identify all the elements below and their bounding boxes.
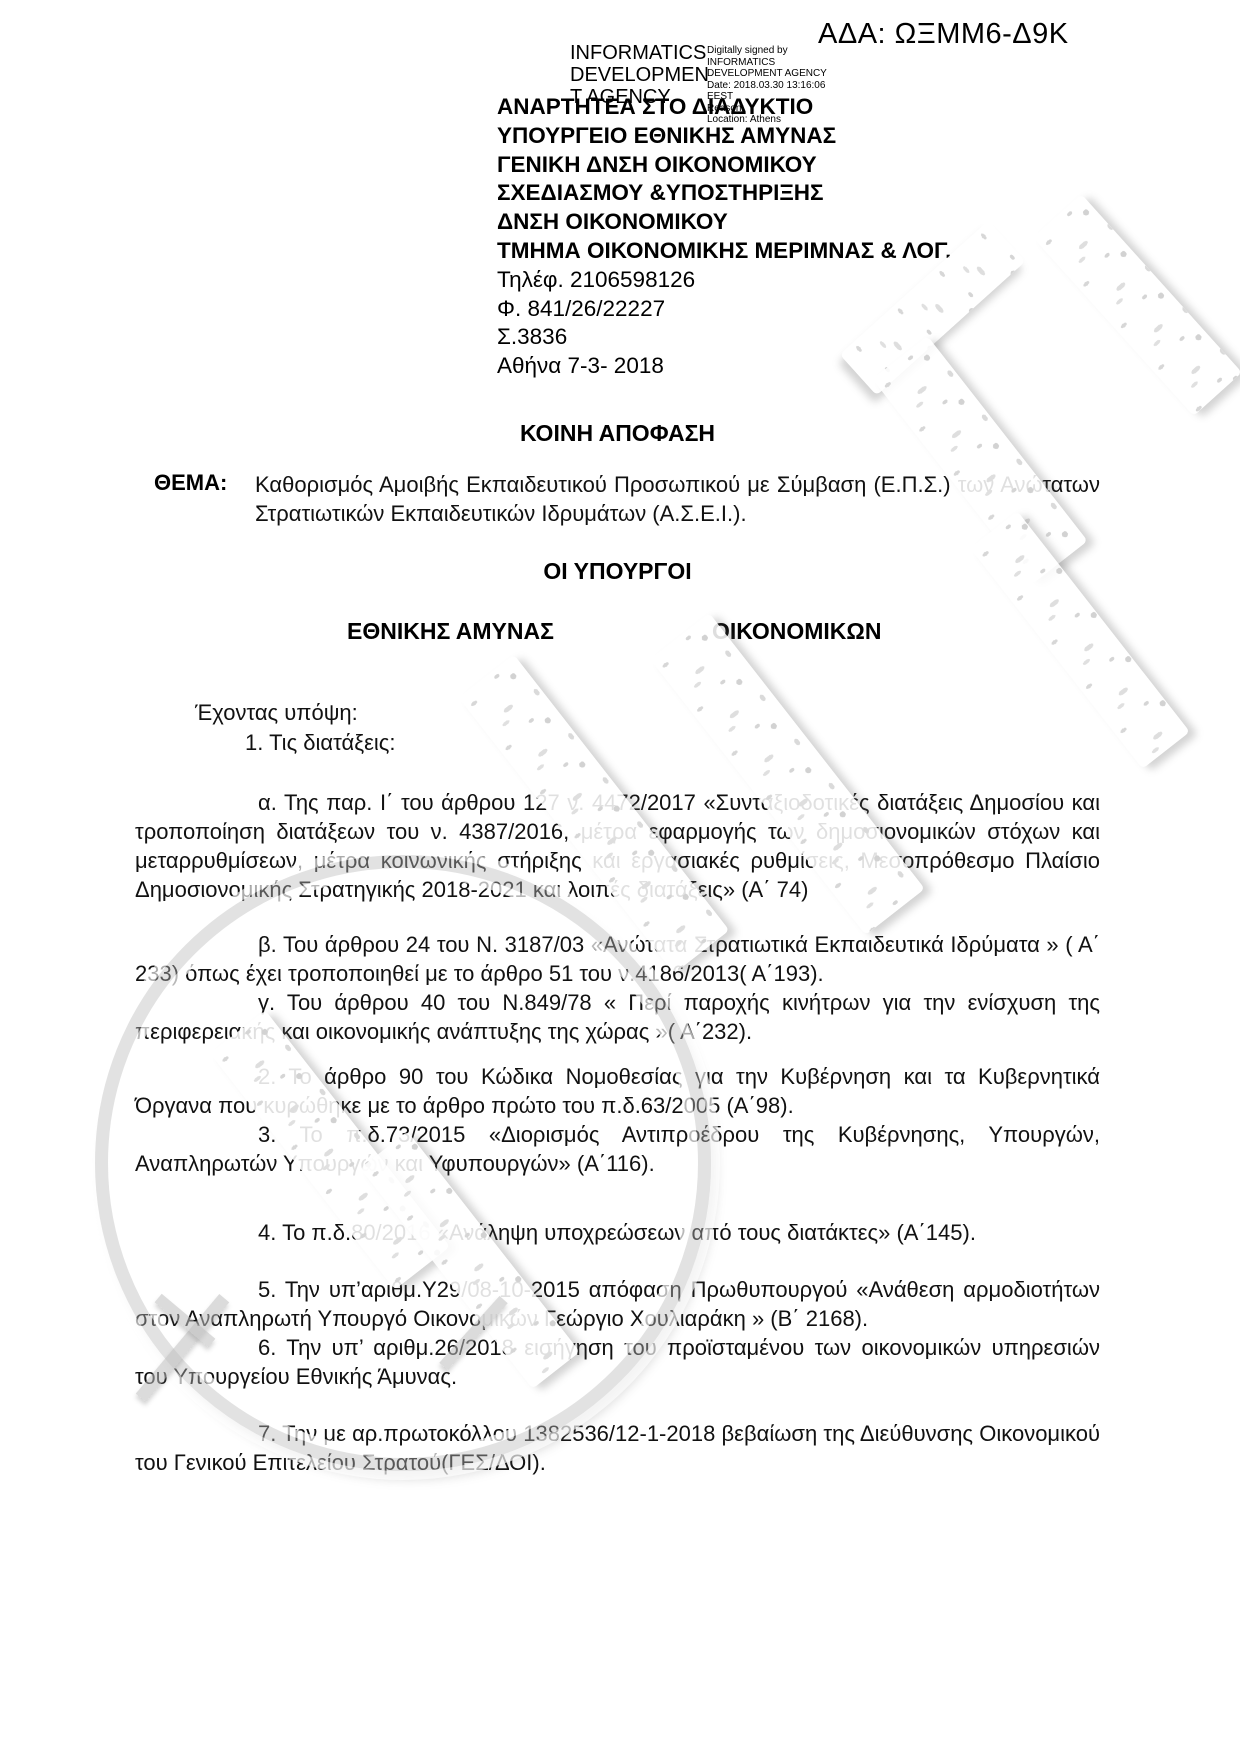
letterhead-line: ΣΧΕΔΙΑΣΜΟΥ &ΥΠΟΣΤΗΡΙΞΗΣ bbox=[497, 179, 1057, 208]
ada-code: ΑΔΑ: ΩΞΜΜ6-Δ9Κ bbox=[818, 18, 1069, 51]
ministers-heading: ΟΙ ΥΠΟΥΡΓΟΙ bbox=[135, 558, 1100, 585]
watermark-bar bbox=[1033, 194, 1240, 416]
date-line: Αθήνα 7-3- 2018 bbox=[497, 352, 1057, 381]
signature-agency-line: INFORMATICS bbox=[570, 42, 720, 64]
paragraph-6: 6. Την υπ’ αριθμ.26/2018 εισήγηση του πρ… bbox=[135, 1333, 1100, 1391]
ministry-finance: ΟΙΚΟΝΟΜΙΚΩΝ bbox=[712, 618, 881, 645]
letterhead-line: ΥΠΟΥΡΓΕΙΟ ΕΘΝΙΚΗΣ ΑΜΥΝΑΣ bbox=[497, 122, 1057, 151]
provisions-intro: 1. Τις διατάξεις: bbox=[245, 730, 396, 756]
letterhead-line: ΤΜΗΜΑ ΟΙΚΟΝΟΜΙΚΗΣ ΜΕΡΙΜΝΑΣ & ΛΟΓ. bbox=[497, 237, 1057, 266]
paragraph-a: α. Της παρ. Ι΄ του άρθρου 127 ν. 4472/20… bbox=[135, 788, 1100, 904]
letterhead-line: ΑΝΑΡΤΗΤΕΑ ΣΤΟ ΔΙΑΔΥΚΤΙΟ bbox=[497, 93, 1057, 122]
paragraph-b: β. Του άρθρου 24 του Ν. 3187/03 «Ανώτατα… bbox=[135, 930, 1100, 988]
watermark-bar bbox=[970, 511, 1190, 769]
letterhead-line: ΓΕΝΙΚΗ ΔΝΣΗ ΟΙΚΟΝΟΜΙΚΟΥ bbox=[497, 151, 1057, 180]
preamble: Έχοντας υπόψη: bbox=[195, 700, 358, 726]
letterhead-line: ΔΝΣΗ ΟΙΚΟΝΟΜΙΚΟΥ bbox=[497, 208, 1057, 237]
signature-detail-line: INFORMATICS bbox=[707, 57, 897, 69]
file-number-line: Φ. 841/26/22227 bbox=[497, 295, 1057, 324]
signature-agency-line: DEVELOPMEN bbox=[570, 64, 720, 86]
subject-label: ΘΕΜΑ: bbox=[154, 470, 227, 496]
paragraph-5: 5. Την υπ’αριθμ.Υ29/08-10-2015 απόφαση Π… bbox=[135, 1275, 1100, 1333]
ministry-defense: ΕΘΝΙΚΗΣ ΑΜΥΝΑΣ bbox=[347, 618, 554, 645]
letterhead: ΑΝΑΡΤΗΤΕΑ ΣΤΟ ΔΙΑΔΥΚΤΙΟ ΥΠΟΥΡΓΕΙΟ ΕΘΝΙΚΗ… bbox=[497, 93, 1057, 381]
body-text: α. Της παρ. Ι΄ του άρθρου 127 ν. 4472/20… bbox=[135, 788, 1100, 1477]
signature-detail-line: DEVELOPMENT AGENCY bbox=[707, 68, 897, 80]
paragraph-3: 3. Το π.δ.73/2015 «Διορισμός Αντιπροέδρο… bbox=[135, 1120, 1100, 1178]
reference-line: Σ.3836 bbox=[497, 323, 1057, 352]
paragraph-c: γ. Του άρθρου 40 του Ν.849/78 « Περί παρ… bbox=[135, 988, 1100, 1046]
paragraph-2: 2. Το άρθρο 90 του Κώδικα Νομοθεσίας για… bbox=[135, 1062, 1100, 1120]
document-page: INFORMATICS DEVELOPMEN T AGENCY Digitall… bbox=[0, 0, 1240, 1754]
paragraph-4: 4. Το π.δ.80/2016 «Ανάληψη υποχρεώσεων α… bbox=[135, 1218, 1100, 1247]
signature-detail-line: Date: 2018.03.30 13:16:06 bbox=[707, 80, 897, 92]
paragraph-7: 7. Την με αρ.πρωτοκόλλου 1382536/12-1-20… bbox=[135, 1419, 1100, 1477]
phone-line: Τηλέφ. 2106598126 bbox=[497, 266, 1057, 295]
subject-text: Καθορισμός Αμοιβής Εκπαιδευτικού Προσωπι… bbox=[255, 470, 1100, 528]
decision-title: ΚΟΙΝΗ ΑΠΟΦΑΣΗ bbox=[135, 420, 1100, 447]
